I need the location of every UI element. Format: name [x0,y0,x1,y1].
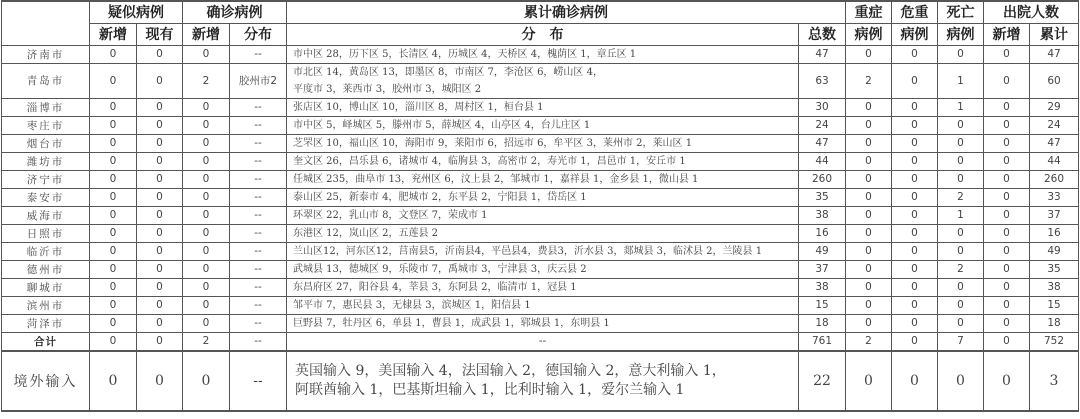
confirmed-dist-cell: -- [230,45,287,63]
severe-cell: 0 [846,116,892,134]
city-cell: 聊城市 [2,278,90,296]
discharged-new-cell: 0 [984,63,1030,98]
table-row: 聊城市000--东昌府区 27，阳谷县 4，莘县 3，东阿县 2，临清市 1，冠… [2,278,1079,296]
cum-dist-cell: 泰山区 25，新泰市 4，肥城市 2，东平县 2，宁阳县 1，岱岳区 1 [287,188,799,206]
cum-dist-cell: 芝罘区 10，福山区 10，海阳市 9，莱阳市 6，招远市 6，牟平区 3，莱州… [287,134,799,152]
header-discharged: 出院人数 [984,1,1079,23]
suspected-new-cell: 0 [90,260,137,278]
severe-cell: 0 [846,314,892,332]
severe-cell: 0 [846,351,892,411]
table-row: 烟台市000--芝罘区 10，福山区 10，海阳市 9，莱阳市 6，招远市 6，… [2,134,1079,152]
header-discharged-new: 新增 [984,23,1030,45]
suspected-new-cell: 0 [90,224,137,242]
total-cell: 38 [799,206,846,224]
header-cum-dist: 分 布 [287,23,799,45]
confirmed-dist-cell: -- [230,170,287,188]
critical-cell: 0 [892,116,938,134]
table-row: 滨州市000--邹平市 7，惠民县 3，无棣县 3，滨城区 1，阳信县 1150… [2,296,1079,314]
death-cell: 1 [938,98,984,116]
suspected-new-cell: 0 [90,296,137,314]
dist-line: 泰山区 25，新泰市 4，肥城市 2，东平县 2，宁阳县 1，岱岳区 1 [293,189,798,206]
total-cell: 761 [799,332,846,351]
critical-cell: 0 [892,224,938,242]
table-row: 威海市000--环翠区 22，乳山市 8，文登区 7，荣成市 138001037 [2,206,1079,224]
discharged-cum-cell: 29 [1030,98,1079,116]
suspected-new-cell: 0 [90,98,137,116]
confirmed-new-cell: 0 [183,170,230,188]
death-cell: 0 [938,45,984,63]
critical-cell: 0 [892,351,938,411]
confirmed-dist-cell: -- [230,116,287,134]
critical-cell: 0 [892,278,938,296]
cum-dist-cell: 市中区 5，峄城区 5，滕州市 5，薛城区 4，山亭区 4，台儿庄区 1 [287,116,799,134]
suspected-new-cell: 0 [90,332,137,351]
death-cell: 0 [938,224,984,242]
discharged-cum-cell: 35 [1030,260,1079,278]
confirmed-new-cell: 0 [183,152,230,170]
cum-dist-cell: 邹平市 7，惠民县 3，无棣县 3，滨城区 1，阳信县 1 [287,296,799,314]
total-cell: 47 [799,134,846,152]
discharged-cum-cell: 260 [1030,170,1079,188]
discharged-new-cell: 0 [984,134,1030,152]
cum-dist-cell: 任城区 235，曲阜市 13，兖州区 6，汶上县 2，邹城市 1，嘉祥县 1，金… [287,170,799,188]
discharged-new-cell: 0 [984,98,1030,116]
city-cell: 枣庄市 [2,116,90,134]
total-cell: 63 [799,63,846,98]
confirmed-dist-cell: -- [230,98,287,116]
discharged-new-cell: 0 [984,224,1030,242]
confirmed-dist-cell: -- [230,206,287,224]
header-severe-bottom: 病例 [846,23,892,45]
discharged-cum-cell: 15 [1030,296,1079,314]
header-confirmed-new: 新增 [183,23,230,45]
confirmed-new-cell: 2 [183,63,230,98]
confirmed-new-cell: 0 [183,98,230,116]
header-confirmed: 确诊病例 [183,1,287,23]
city-cell: 日照市 [2,224,90,242]
severe-cell: 2 [846,332,892,351]
confirmed-dist-cell: -- [230,332,287,351]
city-cell: 德州市 [2,260,90,278]
suspected-current-cell: 0 [137,116,183,134]
cum-dist-cell: 英国输入 9，美国输入 4，法国输入 2，德国输入 2，意大利输入 1， 阿联酋… [287,351,799,411]
header-suspected: 疑似病例 [90,1,183,23]
header-cumulative: 累计确诊病例 [287,1,846,23]
suspected-current-cell: 0 [137,332,183,351]
dist-line: 张店区 10，博山区 10，淄川区 8，周村区 1，桓台县 1 [293,99,798,116]
discharged-new-cell: 0 [984,242,1030,260]
critical-cell: 0 [892,206,938,224]
dist-line: 市中区 5，峄城区 5，滕州市 5，薛城区 4，山亭区 4，台儿庄区 1 [293,117,798,134]
dist-line-2: 阿联酋输入 1，巴基斯坦输入 1，比利时输入 1，爱尔兰输入 1 [295,381,798,400]
confirmed-dist-cell: -- [230,134,287,152]
dist-line: 东昌府区 27，阳谷县 4，莘县 3，东阿县 2，临清市 1，冠县 1 [293,279,798,296]
suspected-new-cell: 0 [90,278,137,296]
total-cell: 38 [799,278,846,296]
covid-case-table: 疑似病例 确诊病例 累计确诊病例 重症 危重 死亡 出院人数 新增 现有 新增 … [1,0,1079,412]
cum-dist-cell: 市中区 28，历下区 5，长清区 4，历城区 4，天桥区 4，槐荫区 1，章丘区… [287,45,799,63]
critical-cell: 0 [892,134,938,152]
dist-line: 任城区 235，曲阜市 13，兖州区 6，汶上县 2，邹城市 1，嘉祥县 1，金… [293,171,798,188]
suspected-current-cell: 0 [137,351,183,411]
dist-line: 巨野县 7，牡丹区 6，单县 1，曹县 1，成武县 1，郓城县 1，东明县 1 [293,315,798,332]
suspected-current-cell: 0 [137,206,183,224]
dist-line: 市北区 14，黄岛区 13，即墨区 8，市南区 7，李沧区 6，崂山区 4， [293,64,798,81]
table-row: 济宁市000--任城区 235，曲阜市 13，兖州区 6，汶上县 2，邹城市 1… [2,170,1079,188]
dist-line: 东港区 12，岚山区 2，五莲县 2 [293,225,798,242]
discharged-cum-cell: 3 [1030,351,1079,411]
confirmed-dist-cell: -- [230,224,287,242]
suspected-new-cell: 0 [90,134,137,152]
confirmed-new-cell: 0 [183,188,230,206]
critical-cell: 0 [892,152,938,170]
cum-dist-cell: 张店区 10，博山区 10，淄川区 8，周村区 1，桓台县 1 [287,98,799,116]
confirmed-new-cell: 0 [183,260,230,278]
discharged-new-cell: 0 [984,152,1030,170]
confirmed-new-cell: 0 [183,296,230,314]
severe-cell: 0 [846,224,892,242]
suspected-current-cell: 0 [137,224,183,242]
confirmed-new-cell: 0 [183,242,230,260]
suspected-new-cell: 0 [90,314,137,332]
city-cell: 合计 [2,332,90,351]
suspected-current-cell: 0 [137,188,183,206]
critical-cell: 0 [892,98,938,116]
dist-line: 邹平市 7，惠民县 3，无棣县 3，滨城区 1，阳信县 1 [293,297,798,314]
header-cum-total: 总数 [799,23,846,45]
cum-dist-cell: 奎文区 26，昌乐县 6，诸城市 4，临朐县 3，高密市 2，寿光市 1，昌邑市… [287,152,799,170]
dist-line: 平度市 3，莱西市 3，胶州市 3，城阳区 2 [293,81,798,98]
discharged-new-cell: 0 [984,278,1030,296]
cum-dist-cell: 武城县 13，德城区 9，乐陵市 7，禹城市 3，宁津县 3，庆云县 2 [287,260,799,278]
death-cell: 0 [938,296,984,314]
suspected-current-cell: 0 [137,314,183,332]
death-cell: 0 [938,170,984,188]
city-cell: 滨州市 [2,296,90,314]
cum-dist-cell: 市北区 14，黄岛区 13，即墨区 8，市南区 7，李沧区 6，崂山区 4，平度… [287,63,799,98]
discharged-new-cell: 0 [984,116,1030,134]
confirmed-new-cell: 0 [183,314,230,332]
discharged-new-cell: 0 [984,296,1030,314]
table-row: 德州市000--武城县 13，德城区 9，乐陵市 7，禹城市 3，宁津县 3，庆… [2,260,1079,278]
critical-cell: 0 [892,260,938,278]
total-cell: 24 [799,116,846,134]
cum-dist-cell: 兰山区12，河东区12，莒南县5，沂南县4，平邑县4，费县3，沂水县 3，郯城县… [287,242,799,260]
header-critical-bottom: 病例 [892,23,938,45]
severe-cell: 0 [846,152,892,170]
confirmed-dist-cell: -- [230,152,287,170]
discharged-cum-cell: 33 [1030,188,1079,206]
dist-line: 兰山区12，河东区12，莒南县5，沂南县4，平邑县4，费县3，沂水县 3，郯城县… [293,243,798,260]
confirmed-dist-cell: -- [230,314,287,332]
header-death-top: 死亡 [938,1,984,23]
city-cell: 临沂市 [2,242,90,260]
discharged-cum-cell: 49 [1030,242,1079,260]
header-severe-top: 重症 [846,1,892,23]
table-row: 菏泽市000--巨野县 7，牡丹区 6，单县 1，曹县 1，成武县 1，郓城县 … [2,314,1079,332]
severe-cell: 0 [846,206,892,224]
severe-cell: 0 [846,45,892,63]
confirmed-new-cell: 0 [183,278,230,296]
table-row: 潍坊市000--奎文区 26，昌乐县 6，诸城市 4，临朐县 3，高密市 2，寿… [2,152,1079,170]
total-cell: 18 [799,314,846,332]
total-cell: 16 [799,224,846,242]
suspected-current-cell: 0 [137,152,183,170]
discharged-cum-cell: 18 [1030,314,1079,332]
death-cell: 0 [938,152,984,170]
total-cell: 47 [799,45,846,63]
header-row-2: 新增 现有 新增 分布 分 布 总数 病例 病例 病例 新增 累计 [2,23,1079,45]
critical-cell: 0 [892,63,938,98]
confirmed-new-cell: 2 [183,332,230,351]
severe-cell: 0 [846,134,892,152]
total-cell: 22 [799,351,846,411]
critical-cell: 0 [892,45,938,63]
confirmed-new-cell: 0 [183,116,230,134]
total-cell: 44 [799,152,846,170]
discharged-cum-cell: 37 [1030,206,1079,224]
header-death-bottom: 病例 [938,23,984,45]
confirmed-dist-cell: 胶州市2 [230,63,287,98]
suspected-current-cell: 0 [137,98,183,116]
discharged-cum-cell: 44 [1030,152,1079,170]
suspected-new-cell: 0 [90,242,137,260]
suspected-current-cell: 0 [137,45,183,63]
suspected-current-cell: 0 [137,296,183,314]
cum-dist-cell: -- [287,332,799,351]
table-row: 日照市000--东港区 12，岚山区 2，五莲县 216000016 [2,224,1079,242]
table-row: 青岛市002胶州市2市北区 14，黄岛区 13，即墨区 8，市南区 7，李沧区 … [2,63,1079,98]
dist-line: 市中区 28，历下区 5，长清区 4，历城区 4，天桥区 4，槐荫区 1，章丘区… [293,46,798,63]
discharged-new-cell: 0 [984,188,1030,206]
discharged-new-cell: 0 [984,332,1030,351]
discharged-new-cell: 0 [984,170,1030,188]
confirmed-new-cell: 0 [183,351,230,411]
city-cell: 境外输入 [2,351,90,411]
suspected-current-cell: 0 [137,63,183,98]
critical-cell: 0 [892,242,938,260]
suspected-new-cell: 0 [90,351,137,411]
severe-cell: 0 [846,98,892,116]
header-row-1: 疑似病例 确诊病例 累计确诊病例 重症 危重 死亡 出院人数 [2,1,1079,23]
header-confirmed-dist: 分布 [230,23,287,45]
critical-cell: 0 [892,332,938,351]
death-cell: 7 [938,332,984,351]
suspected-new-cell: 0 [90,116,137,134]
cum-dist-cell: 东港区 12，岚山区 2，五莲县 2 [287,224,799,242]
death-cell: 1 [938,206,984,224]
city-cell: 烟台市 [2,134,90,152]
discharged-new-cell: 0 [984,260,1030,278]
suspected-new-cell: 0 [90,206,137,224]
city-cell: 济南市 [2,45,90,63]
suspected-current-cell: 0 [137,134,183,152]
total-cell: 260 [799,170,846,188]
table-row: 济南市000--市中区 28，历下区 5，长清区 4，历城区 4，天桥区 4，槐… [2,45,1079,63]
city-cell: 济宁市 [2,170,90,188]
confirmed-new-cell: 0 [183,45,230,63]
confirmed-dist-cell: -- [230,260,287,278]
total-cell: 35 [799,188,846,206]
dist-line: 芝罘区 10，福山区 10，海阳市 9，莱阳市 6，招远市 6，牟平区 3，莱州… [293,135,798,152]
table-row: 临沂市000--兰山区12，河东区12，莒南县5，沂南县4，平邑县4，费县3，沂… [2,242,1079,260]
discharged-cum-cell: 47 [1030,45,1079,63]
critical-cell: 0 [892,314,938,332]
suspected-new-cell: 0 [90,152,137,170]
death-cell: 2 [938,188,984,206]
suspected-current-cell: 0 [137,170,183,188]
confirmed-dist-cell: -- [230,188,287,206]
discharged-cum-cell: 47 [1030,134,1079,152]
header-critical-top: 危重 [892,1,938,23]
table-row: 淄博市000--张店区 10，博山区 10，淄川区 8，周村区 1，桓台县 13… [2,98,1079,116]
table-row: 枣庄市000--市中区 5，峄城区 5，滕州市 5，薛城区 4，山亭区 4，台儿… [2,116,1079,134]
suspected-current-cell: 0 [137,278,183,296]
discharged-cum-cell: 60 [1030,63,1079,98]
severe-cell: 0 [846,278,892,296]
discharged-new-cell: 0 [984,314,1030,332]
total-cell: 15 [799,296,846,314]
death-cell: 2 [938,260,984,278]
death-cell: 0 [938,134,984,152]
death-cell: 0 [938,314,984,332]
confirmed-dist-cell: -- [230,242,287,260]
abroad-row: 境外输入 0 0 0 -- 英国输入 9，美国输入 4，法国输入 2，德国输入 … [2,351,1079,411]
death-cell: 0 [938,242,984,260]
suspected-new-cell: 0 [90,45,137,63]
discharged-cum-cell: 16 [1030,224,1079,242]
severe-cell: 0 [846,170,892,188]
critical-cell: 0 [892,170,938,188]
severe-cell: 0 [846,296,892,314]
city-cell: 菏泽市 [2,314,90,332]
critical-cell: 0 [892,296,938,314]
severe-cell: 2 [846,63,892,98]
critical-cell: 0 [892,188,938,206]
death-cell: 0 [938,351,984,411]
discharged-new-cell: 0 [984,45,1030,63]
discharged-new-cell: 0 [984,206,1030,224]
confirmed-dist-cell: -- [230,278,287,296]
city-cell: 青岛市 [2,63,90,98]
severe-cell: 0 [846,242,892,260]
confirmed-new-cell: 0 [183,134,230,152]
total-row: 合计 0 0 2 -- -- 761 2 0 7 0 752 [2,332,1079,351]
discharged-cum-cell: 24 [1030,116,1079,134]
discharged-cum-cell: 752 [1030,332,1079,351]
header-suspected-current: 现有 [137,23,183,45]
suspected-new-cell: 0 [90,188,137,206]
confirmed-new-cell: 0 [183,206,230,224]
city-cell: 威海市 [2,206,90,224]
suspected-current-cell: 0 [137,260,183,278]
death-cell: 1 [938,63,984,98]
table-row: 泰安市000--泰山区 25，新泰市 4，肥城市 2，东平县 2，宁阳县 1，岱… [2,188,1079,206]
city-cell: 泰安市 [2,188,90,206]
suspected-current-cell: 0 [137,242,183,260]
death-cell: 0 [938,278,984,296]
severe-cell: 0 [846,188,892,206]
cum-dist-cell: 环翠区 22，乳山市 8，文登区 7，荣成市 1 [287,206,799,224]
cum-dist-cell: 东昌府区 27，阳谷县 4，莘县 3，东阿县 2，临清市 1，冠县 1 [287,278,799,296]
total-cell: 49 [799,242,846,260]
suspected-new-cell: 0 [90,170,137,188]
header-city [2,1,90,45]
death-cell: 0 [938,116,984,134]
confirmed-dist-cell: -- [230,296,287,314]
suspected-new-cell: 0 [90,63,137,98]
cum-dist-cell: 巨野县 7，牡丹区 6，单县 1，曹县 1，成武县 1，郓城县 1，东明县 1 [287,314,799,332]
discharged-new-cell: 0 [984,351,1030,411]
severe-cell: 0 [846,260,892,278]
total-cell: 30 [799,98,846,116]
total-cell: 37 [799,260,846,278]
dist-line: 奎文区 26，昌乐县 6，诸城市 4，临朐县 3，高密市 2，寿光市 1，昌邑市… [293,153,798,170]
city-cell: 淄博市 [2,98,90,116]
confirmed-new-cell: 0 [183,224,230,242]
dist-line-1: 英国输入 9，美国输入 4，法国输入 2，德国输入 2，意大利输入 1， [295,362,798,381]
table-body: 济南市000--市中区 28，历下区 5，长清区 4，历城区 4，天桥区 4，槐… [2,45,1079,411]
confirmed-dist-cell: -- [230,351,287,411]
dist-line: 武城县 13，德城区 9，乐陵市 7，禹城市 3，宁津县 3，庆云县 2 [293,261,798,278]
header-discharged-cum: 累计 [1030,23,1079,45]
header-suspected-new: 新增 [90,23,137,45]
city-cell: 潍坊市 [2,152,90,170]
discharged-cum-cell: 38 [1030,278,1079,296]
dist-line: 环翠区 22，乳山市 8，文登区 7，荣成市 1 [293,207,798,224]
